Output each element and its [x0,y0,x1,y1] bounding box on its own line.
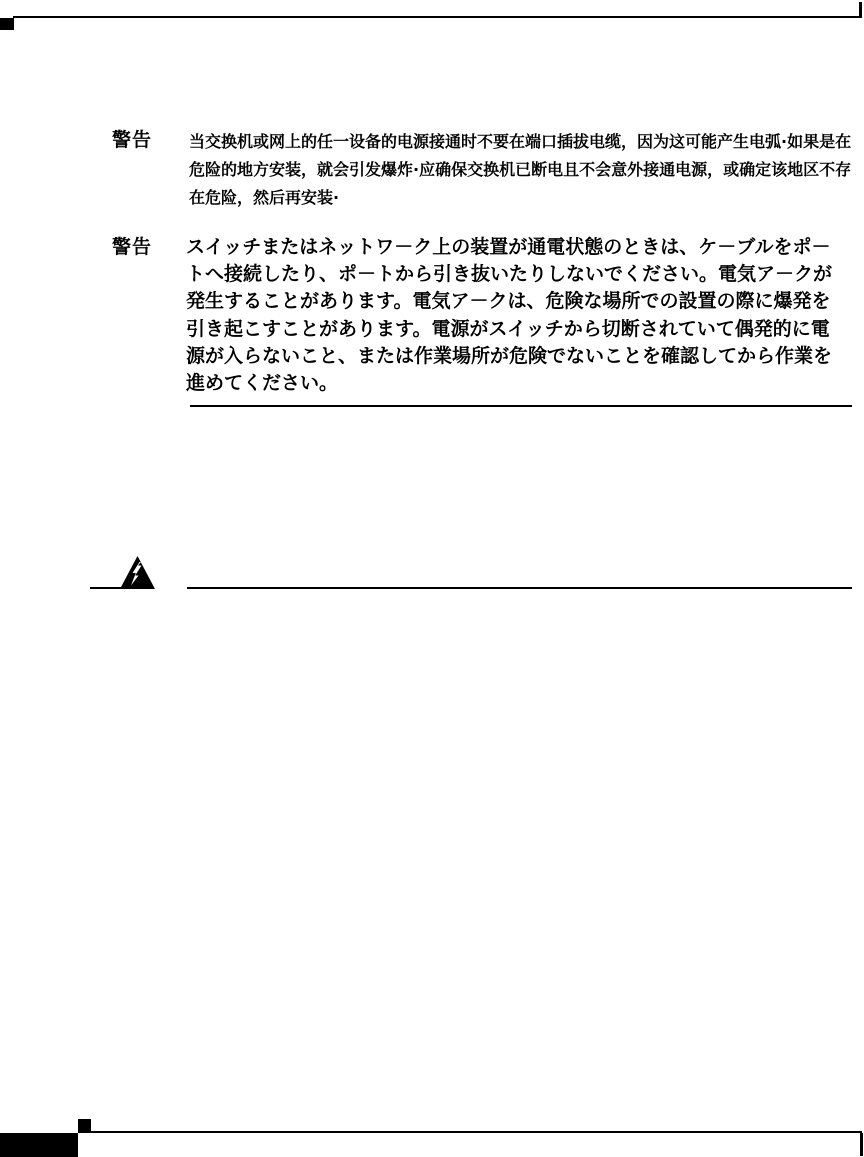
warning-line: 発生することがあります。電気ア－クは、危険な場所での設置の際に爆発を [186,288,858,315]
lightning-bolt-triangle-icon [120,556,155,589]
bottom-right-crop-tick [860,1133,863,1156]
footer-crop-square [78,1119,91,1133]
top-left-crop-square [0,18,14,30]
warning-line: 進めてください。 [186,370,858,397]
warning-line: 在危险，然后再安装· [189,184,857,212]
warning-text-japanese: スイッチまたはネットワ－ク上の装置が通電状態のときは、ケ－ブルをポ－ トへ接続し… [186,234,858,397]
warning-line: 当交换机或网上的任一设备的电源接通时不要在端口插拔电缆，因为这可能产生电弧·如果… [189,128,857,156]
warning-label-japanese: 警告 [112,237,152,258]
warning-line: トへ接続したり、ポ－トから引き抜いたりしないでください。電気ア－クが [186,261,858,288]
warning-text-chinese: 当交换机或网上的任一设备的电源接通时不要在端口插拔电缆，因为这可能产生电弧·如果… [189,128,857,212]
top-page-rule [13,16,862,18]
warning-line: 源が入らないこと、または作業場所が危険でないことを確認してから作業を [186,343,858,370]
document-page: { "page": { "kind": "manual-warning-page… [0,0,864,1157]
warning-line: 引き起こすことがあります。電源がスイッチから切断されていて偶発的に電 [186,316,858,343]
footer-page-rule [91,1131,862,1133]
warning-divider-line-right [187,587,852,589]
warning-divider-line-left [90,587,123,589]
footer-black-tab [0,1133,78,1157]
warning-line: 危险的地方安装，就会引发爆炸·应确保交换机已断电且不会意外接通电源，或确定该地区… [189,156,857,184]
top-right-crop-tick [859,2,862,18]
section-divider-rule [190,405,852,407]
warning-label-chinese: 警告 [112,130,152,151]
warning-line: スイッチまたはネットワ－ク上の装置が通電状態のときは、ケ－ブルをポ－ [186,234,858,261]
